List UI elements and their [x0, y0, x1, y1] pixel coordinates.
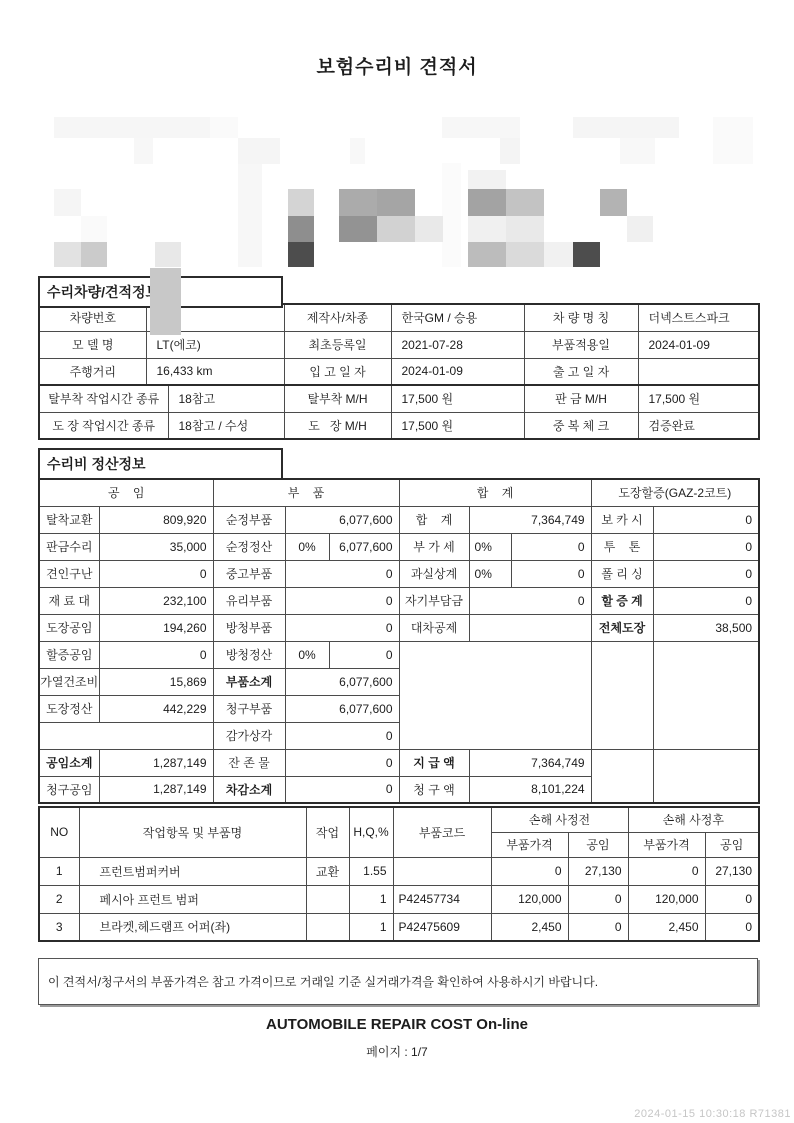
redaction-pixel-block — [620, 138, 655, 164]
amount-cell: 0 — [653, 533, 759, 560]
field-value: 16,433 km — [146, 358, 284, 385]
redaction-pixel-block — [288, 189, 314, 216]
vehicle-info-table-upper: 차량번호 제작사/차종 한국GM / 승용 차 량 명 칭 더넥스트스파크 모 … — [38, 303, 760, 386]
empty-cell — [591, 749, 653, 803]
row-label: 과실상계 — [399, 560, 469, 587]
item-after-labor: 0 — [705, 913, 759, 941]
amount-cell: 6,077,600 — [285, 668, 399, 695]
redaction-pixel-block — [377, 216, 415, 242]
column-header-part-code: 부품코드 — [393, 807, 491, 857]
item-part-code — [393, 857, 491, 885]
table-row: 할증공임 0 방청정산 0% 0 — [39, 641, 759, 668]
redaction-pixel-block — [600, 189, 627, 216]
redaction-pixel-block — [468, 216, 506, 242]
redaction-pixel-block — [238, 164, 262, 267]
item-name: 브라켓,헤드램프 어퍼(좌) — [79, 913, 306, 941]
table-row: 견인구난 0 중고부품 0 과실상계 0% 0 폴 리 싱 0 — [39, 560, 759, 587]
field-value — [638, 358, 759, 385]
field-value: 검증완료 — [638, 412, 759, 439]
redaction-pixel-block — [155, 242, 181, 267]
table-row: 탈부착 작업시간 종류 18참고 탈부착 M/H 17,500 원 판 금 M/… — [39, 385, 759, 412]
redaction-pixel-block — [54, 189, 81, 216]
field-value: 더넥스트스파크 — [638, 304, 759, 331]
field-label: 도 장 작업시간 종류 — [39, 412, 168, 439]
redaction-pixel-block — [238, 138, 280, 164]
amount-cell: 0 — [99, 641, 213, 668]
redaction-pixel-block — [506, 216, 544, 242]
table-row: 공임소계 1,287,149 잔 존 물 0 지 급 액 7,364,749 — [39, 749, 759, 776]
redaction-pixel-block — [713, 117, 753, 164]
row-label: 청구공임 — [39, 776, 99, 803]
column-header-labor: 공 임 — [39, 479, 213, 506]
field-label: 부품적용일 — [524, 331, 638, 358]
item-after-labor: 27,130 — [705, 857, 759, 885]
amount-cell: 442,229 — [99, 695, 213, 722]
redaction-pixel-block — [54, 242, 81, 267]
row-label: 전체도장 — [591, 614, 653, 641]
amount-cell: 0 — [653, 587, 759, 614]
amount-cell: 194,260 — [99, 614, 213, 641]
table-row: 탈착교환 809,920 순정부품 6,077,600 합 계 7,364,74… — [39, 506, 759, 533]
item-no: 1 — [39, 857, 79, 885]
field-value: 18참고 / 수성 — [168, 412, 284, 439]
item-before-labor: 0 — [568, 913, 628, 941]
work-item-row: 3 브라켓,헤드램프 어퍼(좌) 1 P42475609 2,450 0 2,4… — [39, 913, 759, 941]
amount-cell: 6,077,600 — [285, 506, 399, 533]
field-value: 17,500 원 — [391, 385, 524, 412]
amount-cell: 15,869 — [99, 668, 213, 695]
item-part-code: P42475609 — [393, 913, 491, 941]
item-hq: 1 — [349, 885, 393, 913]
row-label: 잔 존 물 — [213, 749, 285, 776]
row-label: 탈착교환 — [39, 506, 99, 533]
row-label: 청 구 액 — [399, 776, 469, 803]
field-value: 18참고 — [168, 385, 284, 412]
notice-box: 이 견적서/청구서의 부품가격은 참고 가격이므로 거래일 기준 실거래가격을 … — [38, 958, 758, 1005]
amount-cell: 7,364,749 — [469, 506, 591, 533]
row-label: 재 료 대 — [39, 587, 99, 614]
column-header-after-assessment: 손해 사정후 — [628, 807, 759, 832]
field-label: 차 량 명 칭 — [524, 304, 638, 331]
empty-cell — [591, 641, 653, 749]
estimate-document-page: 보험수리비 견적서 수리차량/견적정보 차량번호 제작사/차종 한국GM / 승… — [0, 0, 794, 1123]
item-hq: 1 — [349, 913, 393, 941]
table-row: 주행거리 16,433 km 입 고 일 자 2024-01-09 출 고 일 … — [39, 358, 759, 385]
amount-cell: 1,287,149 — [99, 749, 213, 776]
row-label: 도장정산 — [39, 695, 99, 722]
field-value: 한국GM / 승용 — [391, 304, 524, 331]
notice-text: 이 견적서/청구서의 부품가격은 참고 가격이므로 거래일 기준 실거래가격을 … — [48, 973, 598, 990]
amount-cell — [469, 614, 591, 641]
row-label: 차감소계 — [213, 776, 285, 803]
column-header-part-price: 부품가격 — [628, 832, 705, 857]
item-work — [306, 885, 349, 913]
redaction-pixel-block — [288, 242, 314, 267]
redaction-pixel-block — [500, 138, 520, 164]
amount-cell: 7,364,749 — [469, 749, 591, 776]
row-label: 폴 리 싱 — [591, 560, 653, 587]
item-hq: 1.55 — [349, 857, 393, 885]
section-title-settlement-info: 수리비 정산정보 — [38, 448, 283, 480]
row-label: 가열건조비 — [39, 668, 99, 695]
redaction-pixel-block — [506, 189, 544, 216]
field-value: LT(에코) — [146, 331, 284, 358]
amount-cell: 0 — [285, 722, 399, 749]
row-label: 투 톤 — [591, 533, 653, 560]
row-label: 대차공제 — [399, 614, 469, 641]
field-value: 2021-07-28 — [391, 331, 524, 358]
settlement-table: 공 임 부 품 합 계 도장할증(GAZ-2코트) 탈착교환 809,920 순… — [38, 478, 760, 804]
redaction-pixel-block — [573, 242, 600, 267]
table-row: 모 델 명 LT(에코) 최초등록일 2021-07-28 부품적용일 2024… — [39, 331, 759, 358]
amount-cell: 0 — [469, 587, 591, 614]
column-header-parts: 부 품 — [213, 479, 399, 506]
row-label: 할증공임 — [39, 641, 99, 668]
row-label: 청구부품 — [213, 695, 285, 722]
field-label: 차량번호 — [39, 304, 146, 331]
document-title: 보험수리비 견적서 — [0, 52, 794, 79]
empty-cell — [399, 641, 591, 749]
item-after-labor: 0 — [705, 885, 759, 913]
amount-cell: 38,500 — [653, 614, 759, 641]
item-before-price: 2,450 — [491, 913, 568, 941]
amount-cell: 0 — [285, 560, 399, 587]
item-before-labor: 0 — [568, 885, 628, 913]
percent-cell: 0% — [469, 560, 511, 587]
field-label: 중 복 체 크 — [524, 412, 638, 439]
column-header-work: 작업 — [306, 807, 349, 857]
row-label: 견인구난 — [39, 560, 99, 587]
redaction-pixel-block — [81, 242, 107, 267]
row-label: 순정부품 — [213, 506, 285, 533]
table-header-row: 공 임 부 품 합 계 도장할증(GAZ-2코트) — [39, 479, 759, 506]
item-name: 페시아 프런트 범퍼 — [79, 885, 306, 913]
redaction-pixel-block — [544, 242, 582, 267]
percent-cell: 0% — [285, 641, 329, 668]
amount-cell: 0 — [285, 776, 399, 803]
amount-cell: 0 — [285, 614, 399, 641]
redaction-pixel-block — [134, 138, 153, 164]
row-label: 부품소계 — [213, 668, 285, 695]
column-header-labor: 공임 — [705, 832, 759, 857]
item-before-labor: 27,130 — [568, 857, 628, 885]
redaction-pixel-block — [573, 117, 679, 138]
percent-cell: 0% — [469, 533, 511, 560]
redaction-pixel-block — [468, 189, 506, 216]
field-value: 2024-01-09 — [391, 358, 524, 385]
field-label: 탈부착 M/H — [284, 385, 391, 412]
redaction-pixel-block — [627, 216, 653, 242]
column-header-no: NO — [39, 807, 79, 857]
field-value: 17,500 원 — [638, 385, 759, 412]
section-title-vehicle-info: 수리차량/견적정보 — [38, 276, 283, 308]
row-label: 방청부품 — [213, 614, 285, 641]
redaction-pixel-block — [210, 117, 238, 138]
row-label: 합 계 — [399, 506, 469, 533]
redaction-pixel-block — [54, 117, 210, 138]
column-header-part-price: 부품가격 — [491, 832, 568, 857]
field-label: 판 금 M/H — [524, 385, 638, 412]
vehicle-info-table-lower: 탈부착 작업시간 종류 18참고 탈부착 M/H 17,500 원 판 금 M/… — [38, 384, 760, 440]
amount-cell: 8,101,224 — [469, 776, 591, 803]
amount-cell: 0 — [99, 560, 213, 587]
field-label: 입 고 일 자 — [284, 358, 391, 385]
empty-cell — [653, 641, 759, 749]
column-header-paint-surcharge: 도장할증(GAZ-2코트) — [591, 479, 759, 506]
row-label: 공임소계 — [39, 749, 99, 776]
redaction-pixel-block — [468, 170, 506, 189]
row-label: 중고부품 — [213, 560, 285, 587]
field-label: 탈부착 작업시간 종류 — [39, 385, 168, 412]
footer-brand-text: AUTOMOBILE REPAIR COST On-line — [0, 1016, 794, 1033]
amount-cell: 6,077,600 — [329, 533, 399, 560]
amount-cell: 809,920 — [99, 506, 213, 533]
field-label: 모 델 명 — [39, 331, 146, 358]
item-work — [306, 913, 349, 941]
item-before-price: 120,000 — [491, 885, 568, 913]
item-after-price: 120,000 — [628, 885, 705, 913]
work-item-row: 1 프런트범퍼커버 교환 1.55 0 27,130 0 27,130 — [39, 857, 759, 885]
redaction-pixel-block — [350, 138, 365, 164]
item-part-code: P42457734 — [393, 885, 491, 913]
redaction-pixel-block — [339, 216, 377, 242]
row-label: 지 급 액 — [399, 749, 469, 776]
field-value-plate-redacted — [146, 304, 284, 331]
amount-cell: 0 — [653, 560, 759, 587]
row-label: 할 증 계 — [591, 587, 653, 614]
item-before-price: 0 — [491, 857, 568, 885]
item-no: 3 — [39, 913, 79, 941]
amount-cell: 0 — [329, 641, 399, 668]
empty-cell — [39, 722, 213, 749]
field-label: 제작사/차종 — [284, 304, 391, 331]
table-row: 도 장 작업시간 종류 18참고 / 수성 도 장 M/H 17,500 원 중… — [39, 412, 759, 439]
print-timestamp: 2024-01-15 10:30:18 R71381 — [634, 1108, 791, 1120]
section-title-label: 수리비 정산정보 — [47, 454, 146, 474]
amount-cell: 0 — [285, 587, 399, 614]
redaction-pixel-block — [415, 216, 443, 242]
item-no: 2 — [39, 885, 79, 913]
table-row: 판금수리 35,000 순정정산 0% 6,077,600 부 가 세 0% 0… — [39, 533, 759, 560]
amount-cell: 6,077,600 — [285, 695, 399, 722]
redaction-pixel-block — [288, 216, 314, 242]
row-label: 부 가 세 — [399, 533, 469, 560]
redaction-pixel-block — [377, 189, 415, 216]
amount-cell: 35,000 — [99, 533, 213, 560]
field-label: 최초등록일 — [284, 331, 391, 358]
column-header-hq: H,Q,% — [349, 807, 393, 857]
item-work: 교환 — [306, 857, 349, 885]
empty-cell — [653, 749, 759, 803]
row-label: 순정정산 — [213, 533, 285, 560]
column-header-before-assessment: 손해 사정전 — [491, 807, 628, 832]
row-label: 도장공임 — [39, 614, 99, 641]
redaction-pixel-block — [468, 242, 506, 267]
percent-cell: 0% — [285, 533, 329, 560]
row-label: 감가상각 — [213, 722, 285, 749]
field-label: 주행거리 — [39, 358, 146, 385]
section-title-label: 수리차량/견적정보 — [47, 282, 159, 302]
table-row: 도장공임 194,260 방청부품 0 대차공제 전체도장 38,500 — [39, 614, 759, 641]
redaction-pixel-block — [442, 163, 461, 267]
redaction-pixel-block — [339, 189, 377, 216]
amount-cell: 232,100 — [99, 587, 213, 614]
work-items-table: NO 작업항목 및 부품명 작업 H,Q,% 부품코드 손해 사정전 손해 사정… — [38, 806, 760, 942]
item-after-price: 2,450 — [628, 913, 705, 941]
row-label: 판금수리 — [39, 533, 99, 560]
redaction-pixel-block — [81, 216, 107, 242]
field-label: 도 장 M/H — [284, 412, 391, 439]
field-label: 출 고 일 자 — [524, 358, 638, 385]
column-header-total: 합 계 — [399, 479, 591, 506]
redaction-pixel-block — [442, 117, 520, 138]
row-label: 보 카 시 — [591, 506, 653, 533]
field-value: 2024-01-09 — [638, 331, 759, 358]
row-label: 방청정산 — [213, 641, 285, 668]
field-value: 17,500 원 — [391, 412, 524, 439]
table-row: 재 료 대 232,100 유리부품 0 자기부담금 0 할 증 계 0 — [39, 587, 759, 614]
item-name: 프런트범퍼커버 — [79, 857, 306, 885]
redaction-pixel-block — [506, 242, 544, 267]
item-after-price: 0 — [628, 857, 705, 885]
column-header-item-name: 작업항목 및 부품명 — [79, 807, 306, 857]
row-label: 유리부품 — [213, 587, 285, 614]
table-header-row: NO 작업항목 및 부품명 작업 H,Q,% 부품코드 손해 사정전 손해 사정… — [39, 807, 759, 832]
work-item-row: 2 페시아 프런트 범퍼 1 P42457734 120,000 0 120,0… — [39, 885, 759, 913]
table-row: 차량번호 제작사/차종 한국GM / 승용 차 량 명 칭 더넥스트스파크 — [39, 304, 759, 331]
row-label: 자기부담금 — [399, 587, 469, 614]
amount-cell: 0 — [285, 749, 399, 776]
column-header-labor: 공임 — [568, 832, 628, 857]
amount-cell: 0 — [511, 533, 591, 560]
amount-cell: 0 — [653, 506, 759, 533]
amount-cell: 1,287,149 — [99, 776, 213, 803]
amount-cell: 0 — [511, 560, 591, 587]
footer-page-number: 페이지 : 1/7 — [0, 1043, 794, 1060]
